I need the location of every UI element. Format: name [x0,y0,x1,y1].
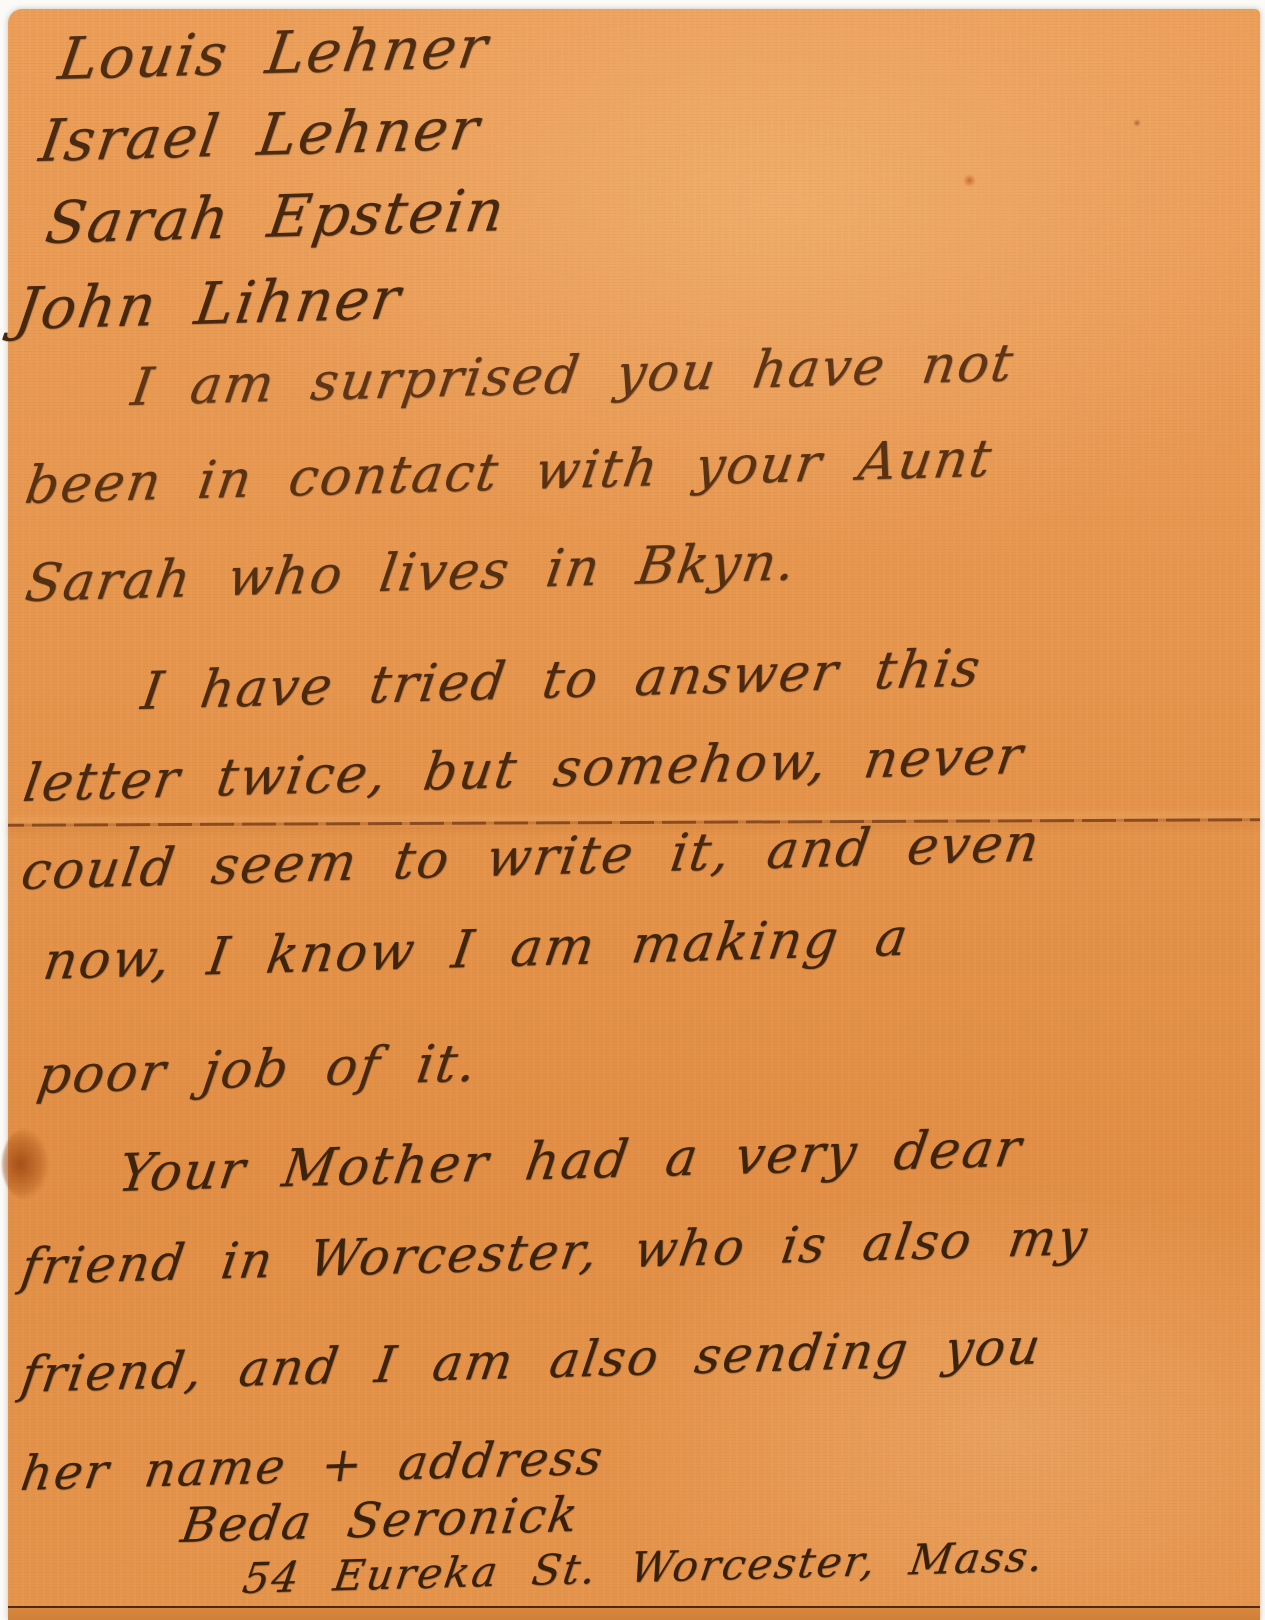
paper-texture [8,9,1260,1620]
paper-speck [1133,119,1141,127]
scan-background: Louis LehnerIsrael LehnerSarah EpsteinJo… [0,0,1265,1620]
paper-stain [2,1129,48,1199]
paper-back-flap [8,1608,1260,1620]
fold-crease [8,818,1260,826]
letter-paper [8,9,1260,1620]
paper-speck [963,174,976,187]
